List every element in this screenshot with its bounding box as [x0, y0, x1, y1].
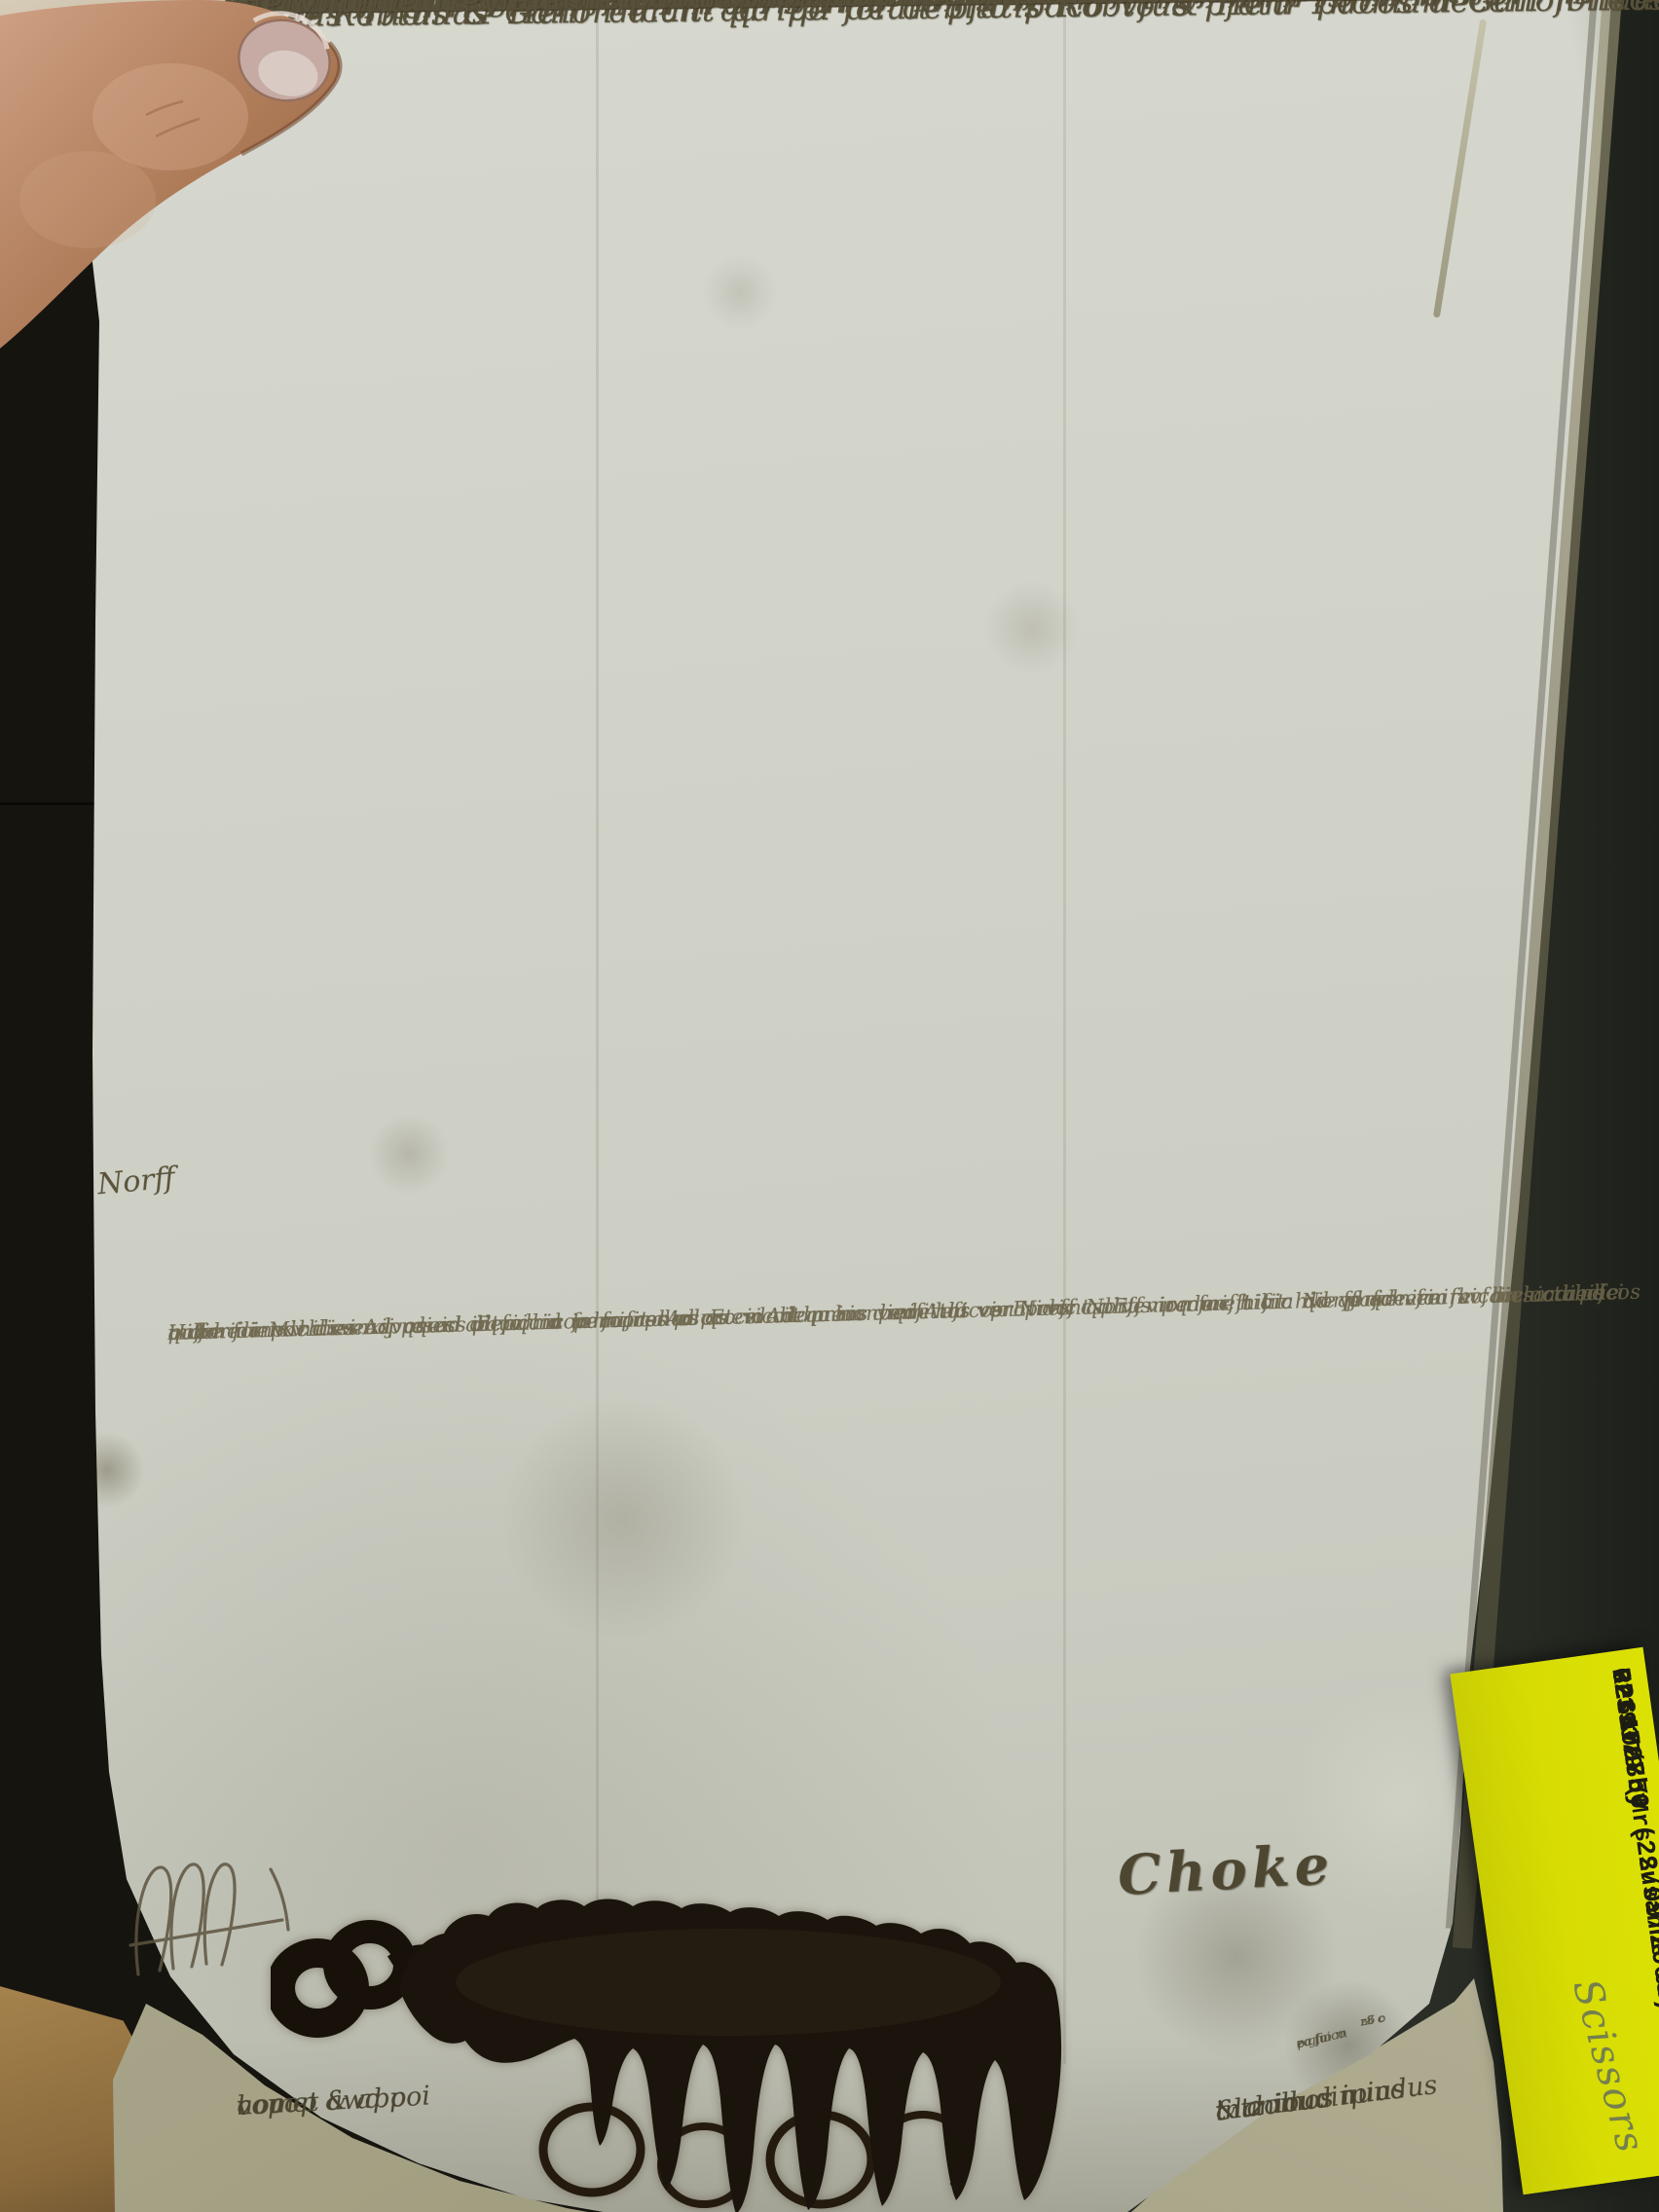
skin-highlight	[92, 63, 248, 170]
sticky-note-printed-text: 5261797CP 40/856Return by (22/09/2008)72…	[1640, 1665, 1659, 2166]
judge-name-annotation: Choke	[1116, 1832, 1335, 1908]
parchment-fold-line	[1063, 0, 1066, 2064]
hand-holding-page	[0, 0, 409, 380]
scissors-ink-sheen	[456, 1929, 1001, 2036]
photograph-of-manuscript: ſolid ad feſtū paſche infra tenuatr & de…	[0, 0, 1659, 2212]
marginal-county-note: Norff	[96, 1161, 177, 1202]
backdrop-crease-line	[0, 802, 95, 805]
parchment-fold-line	[596, 0, 599, 2103]
scissors-doodle	[271, 1895, 1108, 2212]
sticky-note-handwriting: Scissors	[1564, 1974, 1653, 2158]
doodle-ring	[543, 2107, 641, 2193]
skin-highlight	[19, 151, 156, 248]
